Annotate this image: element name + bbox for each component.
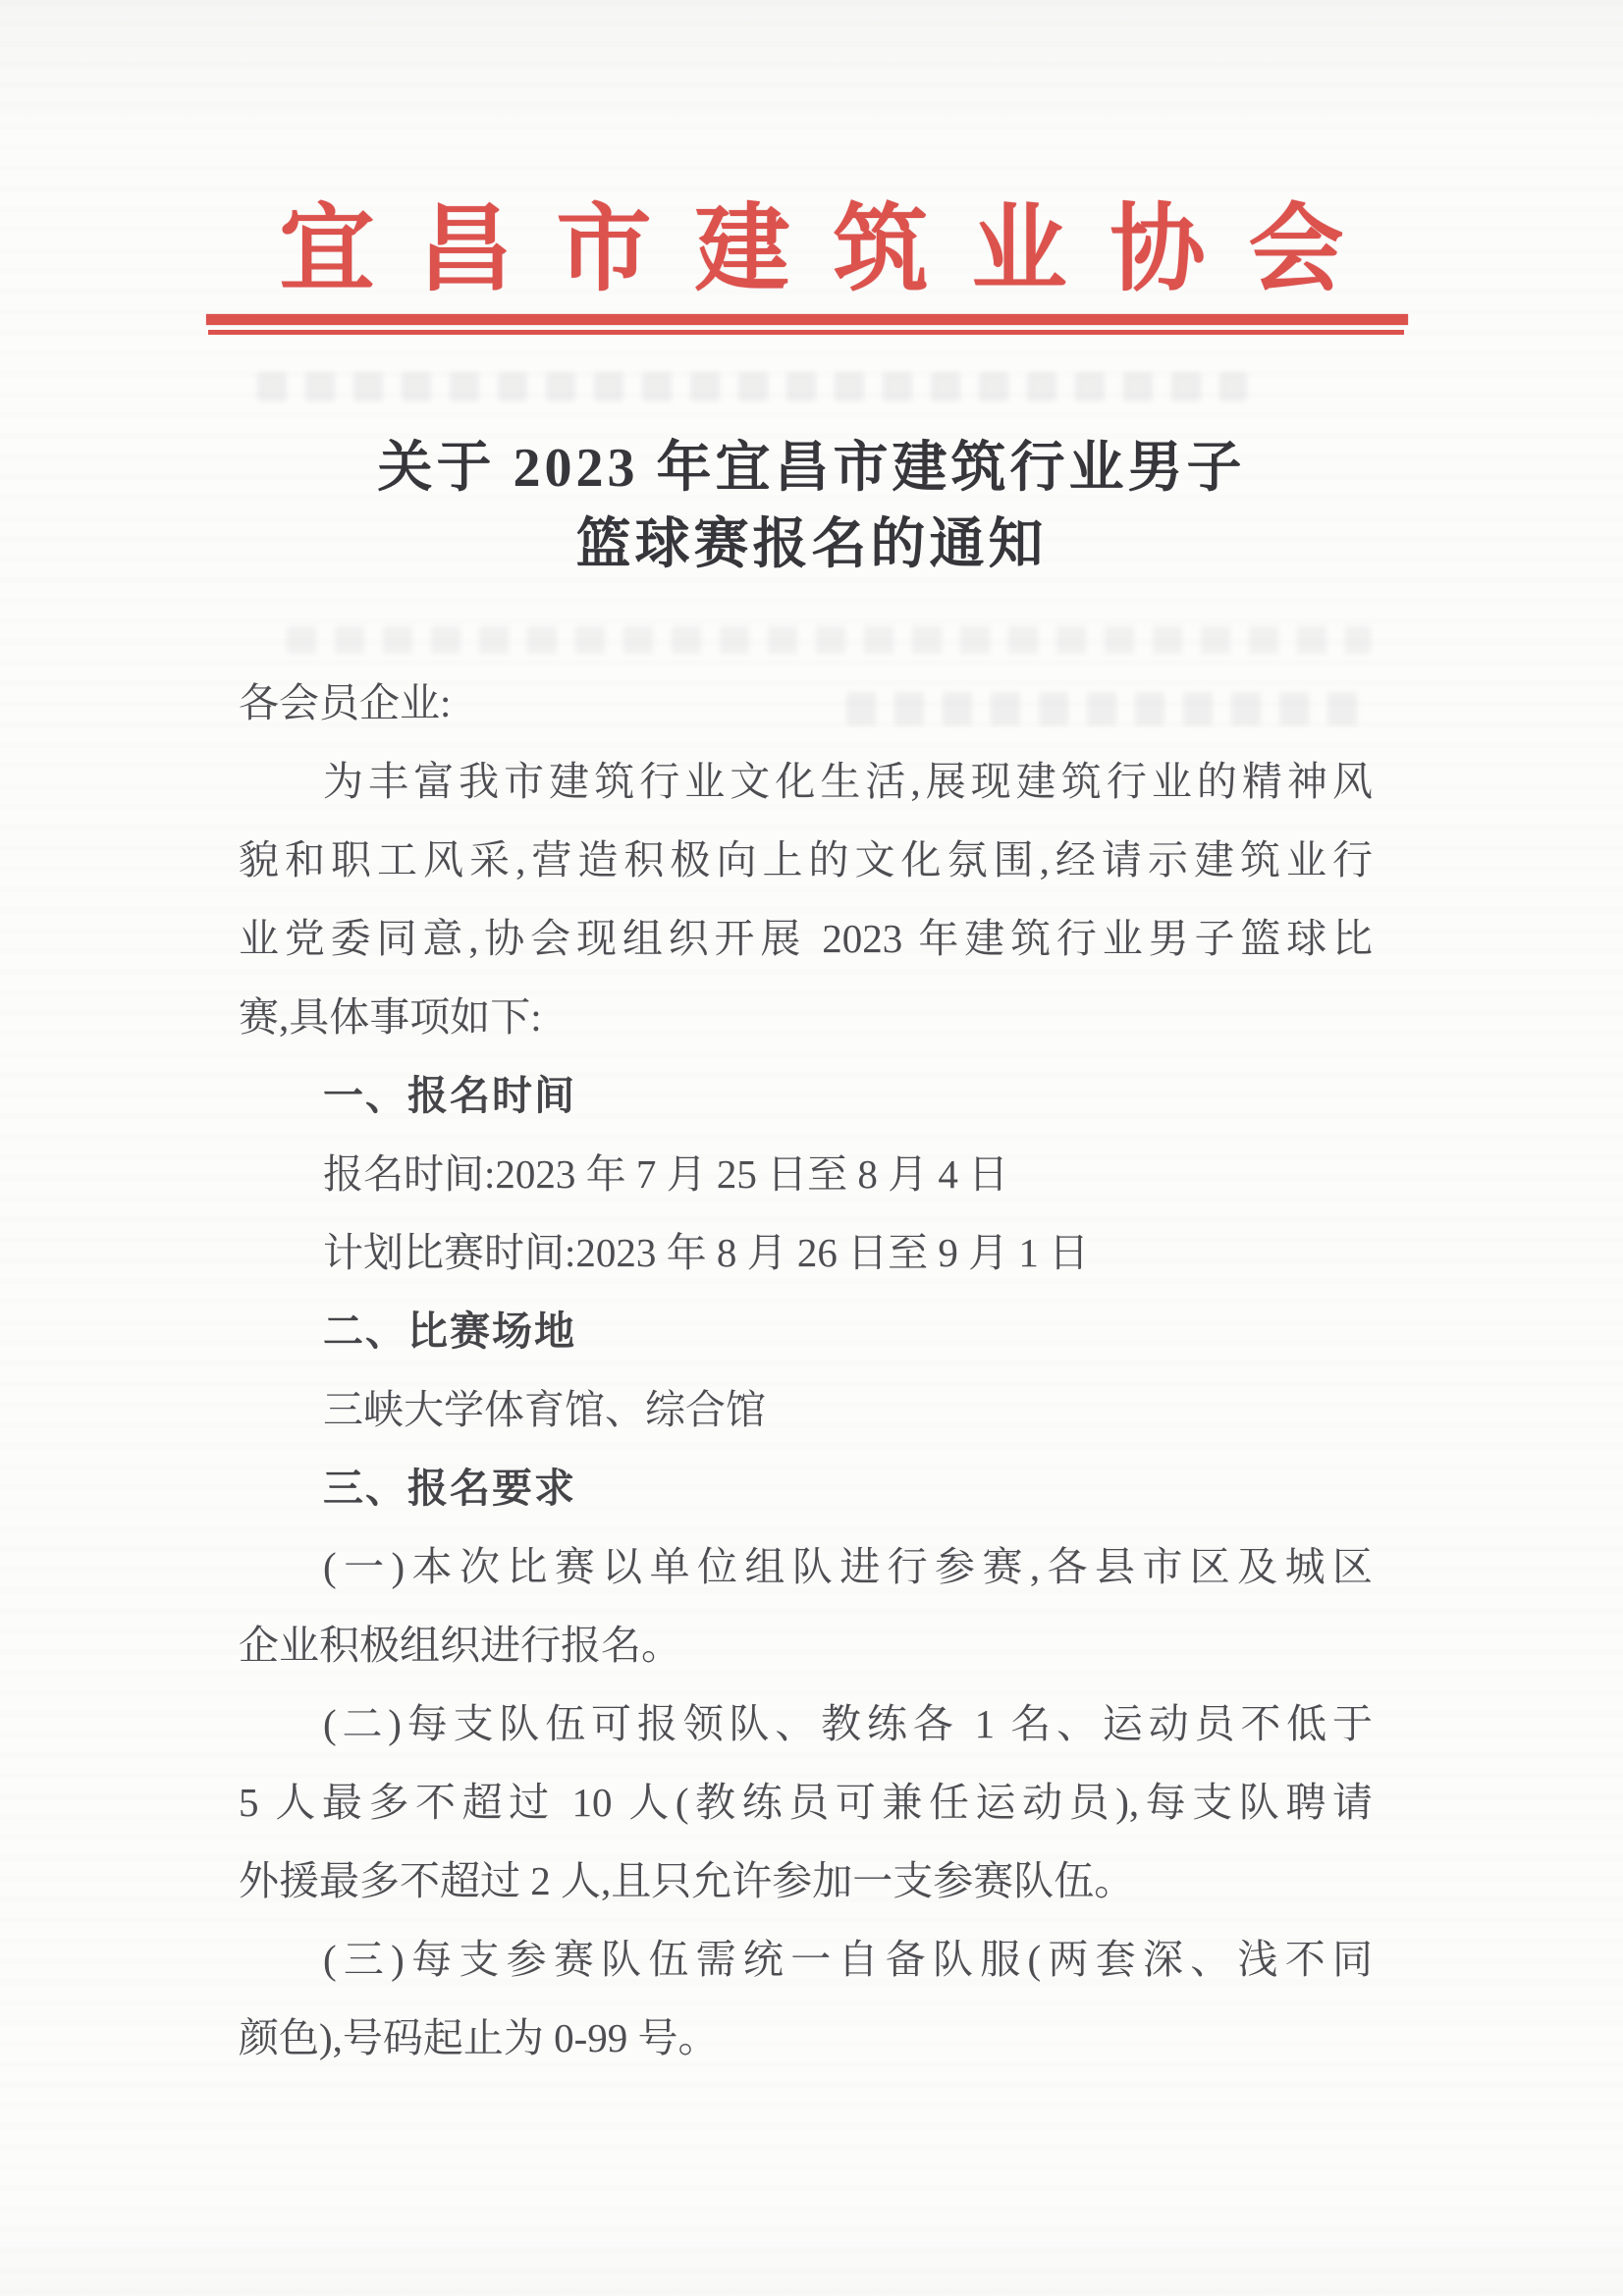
section-1-line-1: 报名时间:2023 年 7 月 25 日至 8 月 4 日 xyxy=(239,1135,1373,1213)
intro-line-1: 为丰富我市建筑行业文化生活,展现建筑行业的精神风 xyxy=(239,742,1373,821)
letterhead-org-name: 宜昌市建筑业协会 xyxy=(0,191,1623,309)
salutation: 各会员企业: xyxy=(239,664,1373,742)
item-2-line-3: 外援最多不超过 2 人,且只允许参加一支参赛队伍。 xyxy=(239,1842,1373,1920)
section-3-heading: 三、报名要求 xyxy=(239,1449,1373,1527)
item-1-line-1: (一)本次比赛以单位组队进行参赛,各县市区及城区 xyxy=(239,1527,1373,1606)
notice-title: 关于 2023 年宜昌市建筑行业男子 篮球赛报名的通知 xyxy=(0,430,1623,583)
item-1-line-2: 企业积极组织进行报名。 xyxy=(239,1606,1373,1684)
intro-line-2: 貌和职工风采,营造积极向上的文化氛围,经请示建筑业行 xyxy=(239,821,1373,899)
notice-body: 各会员企业: 为丰富我市建筑行业文化生活,展现建筑行业的精神风 貌和职工风采,营… xyxy=(239,664,1373,2077)
notice-title-line-1: 关于 2023 年宜昌市建筑行业男子 xyxy=(0,430,1623,507)
letterhead-rule-thin xyxy=(208,330,1404,335)
section-1-heading: 一、报名时间 xyxy=(239,1056,1373,1135)
item-3-line-2: 颜色),号码起止为 0-99 号。 xyxy=(239,1999,1373,2077)
letterhead-rule-thick xyxy=(206,314,1408,325)
bleedthrough-artifact xyxy=(287,626,1371,654)
notice-title-line-2: 篮球赛报名的通知 xyxy=(0,507,1623,583)
item-3-line-1: (三)每支参赛队伍需统一自备队服(两套深、浅不同 xyxy=(239,1920,1373,1999)
section-2-line-1: 三峡大学体育馆、综合馆 xyxy=(239,1370,1373,1449)
bleedthrough-artifact xyxy=(257,372,1247,401)
section-2-heading: 二、比赛场地 xyxy=(239,1292,1373,1370)
item-2-line-1: (二)每支队伍可报领队、教练各 1 名、运动员不低于 xyxy=(239,1684,1373,1763)
intro-line-3: 业党委同意,协会现组织开展 2023 年建筑行业男子篮球比 xyxy=(239,899,1373,978)
intro-line-4: 赛,具体事项如下: xyxy=(239,978,1373,1056)
scanned-notice-page: 宜昌市建筑业协会 关于 2023 年宜昌市建筑行业男子 篮球赛报名的通知 各会员… xyxy=(0,0,1623,2296)
item-2-line-2: 5 人最多不超过 10 人(教练员可兼任运动员),每支队聘请 xyxy=(239,1763,1373,1842)
section-1-line-2: 计划比赛时间:2023 年 8 月 26 日至 9 月 1 日 xyxy=(239,1213,1373,1292)
